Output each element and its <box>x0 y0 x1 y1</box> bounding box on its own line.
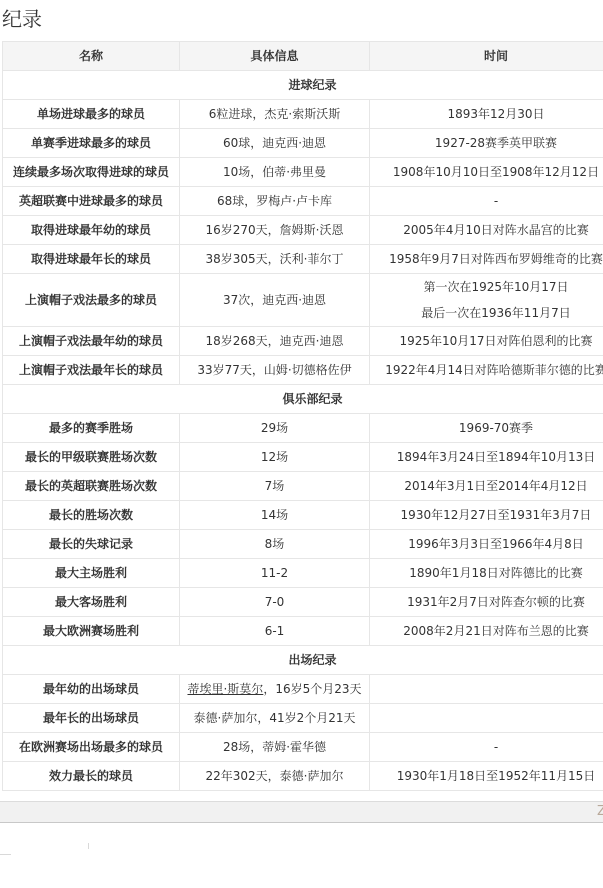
record-name: 最长的英超联赛胜场次数 <box>3 472 180 501</box>
section-row-appearances: 出场纪录 <box>3 646 603 675</box>
record-info: 泰德·萨加尔，41岁2个月21天 <box>180 704 370 733</box>
table-row: 上演帽子戏法最年幼的球员 18岁268天，迪克西·迪恩 1925年10月17日对… <box>3 327 603 356</box>
record-time: 1931年2月7日对阵查尔顿的比赛 <box>370 588 603 617</box>
record-time: 1969-70赛季 <box>370 414 603 443</box>
table-row: 效力最长的球员 22年302天，泰德·萨加尔 1930年1月18日至1952年1… <box>3 762 603 791</box>
record-name: 最年幼的出场球员 <box>3 675 180 704</box>
record-time-line: 第一次在1925年10月17日 <box>374 274 603 300</box>
record-time: - <box>370 187 603 216</box>
table-row: 取得进球最年长的球员 38岁305天，沃利·菲尔丁 1958年9月7日对阵西布罗… <box>3 245 603 274</box>
record-time-line: 最后一次在1936年11月7日 <box>374 300 603 326</box>
corner-glyph: Z <box>597 804 603 819</box>
record-info: 16岁270天，詹姆斯·沃恩 <box>180 216 370 245</box>
record-time: 1925年10月17日对阵伯恩利的比赛 <box>370 327 603 356</box>
record-info: 68球，罗梅卢·卢卡库 <box>180 187 370 216</box>
record-name: 单场进球最多的球员 <box>3 100 180 129</box>
section-row-goals: 进球纪录 <box>3 71 603 100</box>
record-name: 效力最长的球员 <box>3 762 180 791</box>
record-info: 18岁268天，迪克西·迪恩 <box>180 327 370 356</box>
table-row: 最年长的出场球员 泰德·萨加尔，41岁2个月21天 <box>3 704 603 733</box>
record-info: 33岁77天，山姆·切德格佐伊 <box>180 356 370 385</box>
divider-tick <box>88 843 89 849</box>
footer-bar: Z <box>0 801 603 823</box>
divider-line <box>0 854 11 855</box>
record-info: 38岁305天，沃利·菲尔丁 <box>180 245 370 274</box>
record-time: - <box>370 733 603 762</box>
record-info: 29场 <box>180 414 370 443</box>
record-time <box>370 704 603 733</box>
table-row: 连续最多场次取得进球的球员 10场，伯蒂·弗里曼 1908年10月10日至190… <box>3 158 603 187</box>
record-name: 连续最多场次取得进球的球员 <box>3 158 180 187</box>
record-info: 37次，迪克西·迪恩 <box>180 274 370 327</box>
record-info: 7-0 <box>180 588 370 617</box>
records-table-container: 名称 具体信息 时间 进球纪录 单场进球最多的球员 6粒进球，杰克·索斯沃斯 1… <box>2 41 603 791</box>
player-link[interactable]: 蒂埃里·斯莫尔 <box>187 682 263 696</box>
table-row: 英超联赛中进球最多的球员 68球，罗梅卢·卢卡库 - <box>3 187 603 216</box>
record-time: 1908年10月10日至1908年12月12日 <box>370 158 603 187</box>
record-info: 22年302天，泰德·萨加尔 <box>180 762 370 791</box>
record-name: 上演帽子戏法最年幼的球员 <box>3 327 180 356</box>
table-row: 最长的英超联赛胜场次数 7场 2014年3月1日至2014年4月12日 <box>3 472 603 501</box>
record-name: 英超联赛中进球最多的球员 <box>3 187 180 216</box>
record-info: 12场 <box>180 443 370 472</box>
record-time: 第一次在1925年10月17日 最后一次在1936年11月7日 <box>370 274 603 327</box>
record-name: 最年长的出场球员 <box>3 704 180 733</box>
table-row: 最年幼的出场球员 蒂埃里·斯莫尔，16岁5个月23天 <box>3 675 603 704</box>
record-time: 1930年12月27日至1931年3月7日 <box>370 501 603 530</box>
table-row: 取得进球最年幼的球员 16岁270天，詹姆斯·沃恩 2005年4月10日对阵水晶… <box>3 216 603 245</box>
table-row: 在欧洲赛场出场最多的球员 28场，蒂姆·霍华德 - <box>3 733 603 762</box>
section-label: 进球纪录 <box>3 71 603 100</box>
table-header-row: 名称 具体信息 时间 <box>3 42 603 71</box>
record-time: 1958年9月7日对阵西布罗姆维奇的比赛 <box>370 245 603 274</box>
record-name: 最多的赛季胜场 <box>3 414 180 443</box>
record-time: 1893年12月30日 <box>370 100 603 129</box>
record-info: 8场 <box>180 530 370 559</box>
record-name: 最大客场胜利 <box>3 588 180 617</box>
record-name: 最大主场胜利 <box>3 559 180 588</box>
records-table: 名称 具体信息 时间 进球纪录 单场进球最多的球员 6粒进球，杰克·索斯沃斯 1… <box>2 41 603 791</box>
table-row: 单赛季进球最多的球员 60球，迪克西·迪恩 1927-28赛季英甲联赛 <box>3 129 603 158</box>
section-row-club: 俱乐部纪录 <box>3 385 603 414</box>
record-info: 60球，迪克西·迪恩 <box>180 129 370 158</box>
section-label: 出场纪录 <box>3 646 603 675</box>
record-name: 取得进球最年幼的球员 <box>3 216 180 245</box>
record-name: 最长的失球记录 <box>3 530 180 559</box>
record-info: 7场 <box>180 472 370 501</box>
record-info: 28场，蒂姆·霍华德 <box>180 733 370 762</box>
record-info: 6粒进球，杰克·索斯沃斯 <box>180 100 370 129</box>
record-name: 最大欧洲赛场胜利 <box>3 617 180 646</box>
record-name: 最长的胜场次数 <box>3 501 180 530</box>
table-row: 最长的失球记录 8场 1996年3月3日至1966年4月8日 <box>3 530 603 559</box>
record-time: 1922年4月14日对阵哈德斯菲尔德的比赛 <box>370 356 603 385</box>
table-row: 最大主场胜利 11-2 1890年1月18日对阵德比的比赛 <box>3 559 603 588</box>
record-name: 上演帽子戏法最多的球员 <box>3 274 180 327</box>
page-title: 纪录 <box>2 5 42 33</box>
table-row: 最长的甲级联赛胜场次数 12场 1894年3月24日至1894年10月13日 <box>3 443 603 472</box>
record-time: 1890年1月18日对阵德比的比赛 <box>370 559 603 588</box>
table-row: 最长的胜场次数 14场 1930年12月27日至1931年3月7日 <box>3 501 603 530</box>
record-time <box>370 675 603 704</box>
record-info: 蒂埃里·斯莫尔，16岁5个月23天 <box>180 675 370 704</box>
record-info: 14场 <box>180 501 370 530</box>
table-row: 最多的赛季胜场 29场 1969-70赛季 <box>3 414 603 443</box>
record-time: 1930年1月18日至1952年11月15日 <box>370 762 603 791</box>
record-info: 10场，伯蒂·弗里曼 <box>180 158 370 187</box>
header-time: 时间 <box>370 42 603 71</box>
record-info: 6-1 <box>180 617 370 646</box>
record-name: 在欧洲赛场出场最多的球员 <box>3 733 180 762</box>
header-info: 具体信息 <box>180 42 370 71</box>
table-row: 上演帽子戏法最多的球员 37次，迪克西·迪恩 第一次在1925年10月17日 最… <box>3 274 603 327</box>
table-row: 最大欧洲赛场胜利 6-1 2008年2月21日对阵布兰恩的比赛 <box>3 617 603 646</box>
record-time: 1996年3月3日至1966年4月8日 <box>370 530 603 559</box>
record-name: 单赛季进球最多的球员 <box>3 129 180 158</box>
record-time: 2014年3月1日至2014年4月12日 <box>370 472 603 501</box>
record-time: 2008年2月21日对阵布兰恩的比赛 <box>370 617 603 646</box>
record-time: 1927-28赛季英甲联赛 <box>370 129 603 158</box>
table-row: 单场进球最多的球员 6粒进球，杰克·索斯沃斯 1893年12月30日 <box>3 100 603 129</box>
record-info: 11-2 <box>180 559 370 588</box>
header-name: 名称 <box>3 42 180 71</box>
record-name: 上演帽子戏法最年长的球员 <box>3 356 180 385</box>
table-row: 最大客场胜利 7-0 1931年2月7日对阵查尔顿的比赛 <box>3 588 603 617</box>
record-time: 1894年3月24日至1894年10月13日 <box>370 443 603 472</box>
record-time: 2005年4月10日对阵水晶宫的比赛 <box>370 216 603 245</box>
record-name: 取得进球最年长的球员 <box>3 245 180 274</box>
record-name: 最长的甲级联赛胜场次数 <box>3 443 180 472</box>
section-label: 俱乐部纪录 <box>3 385 603 414</box>
table-row: 上演帽子戏法最年长的球员 33岁77天，山姆·切德格佐伊 1922年4月14日对… <box>3 356 603 385</box>
record-info-rest: ，16岁5个月23天 <box>263 682 361 696</box>
